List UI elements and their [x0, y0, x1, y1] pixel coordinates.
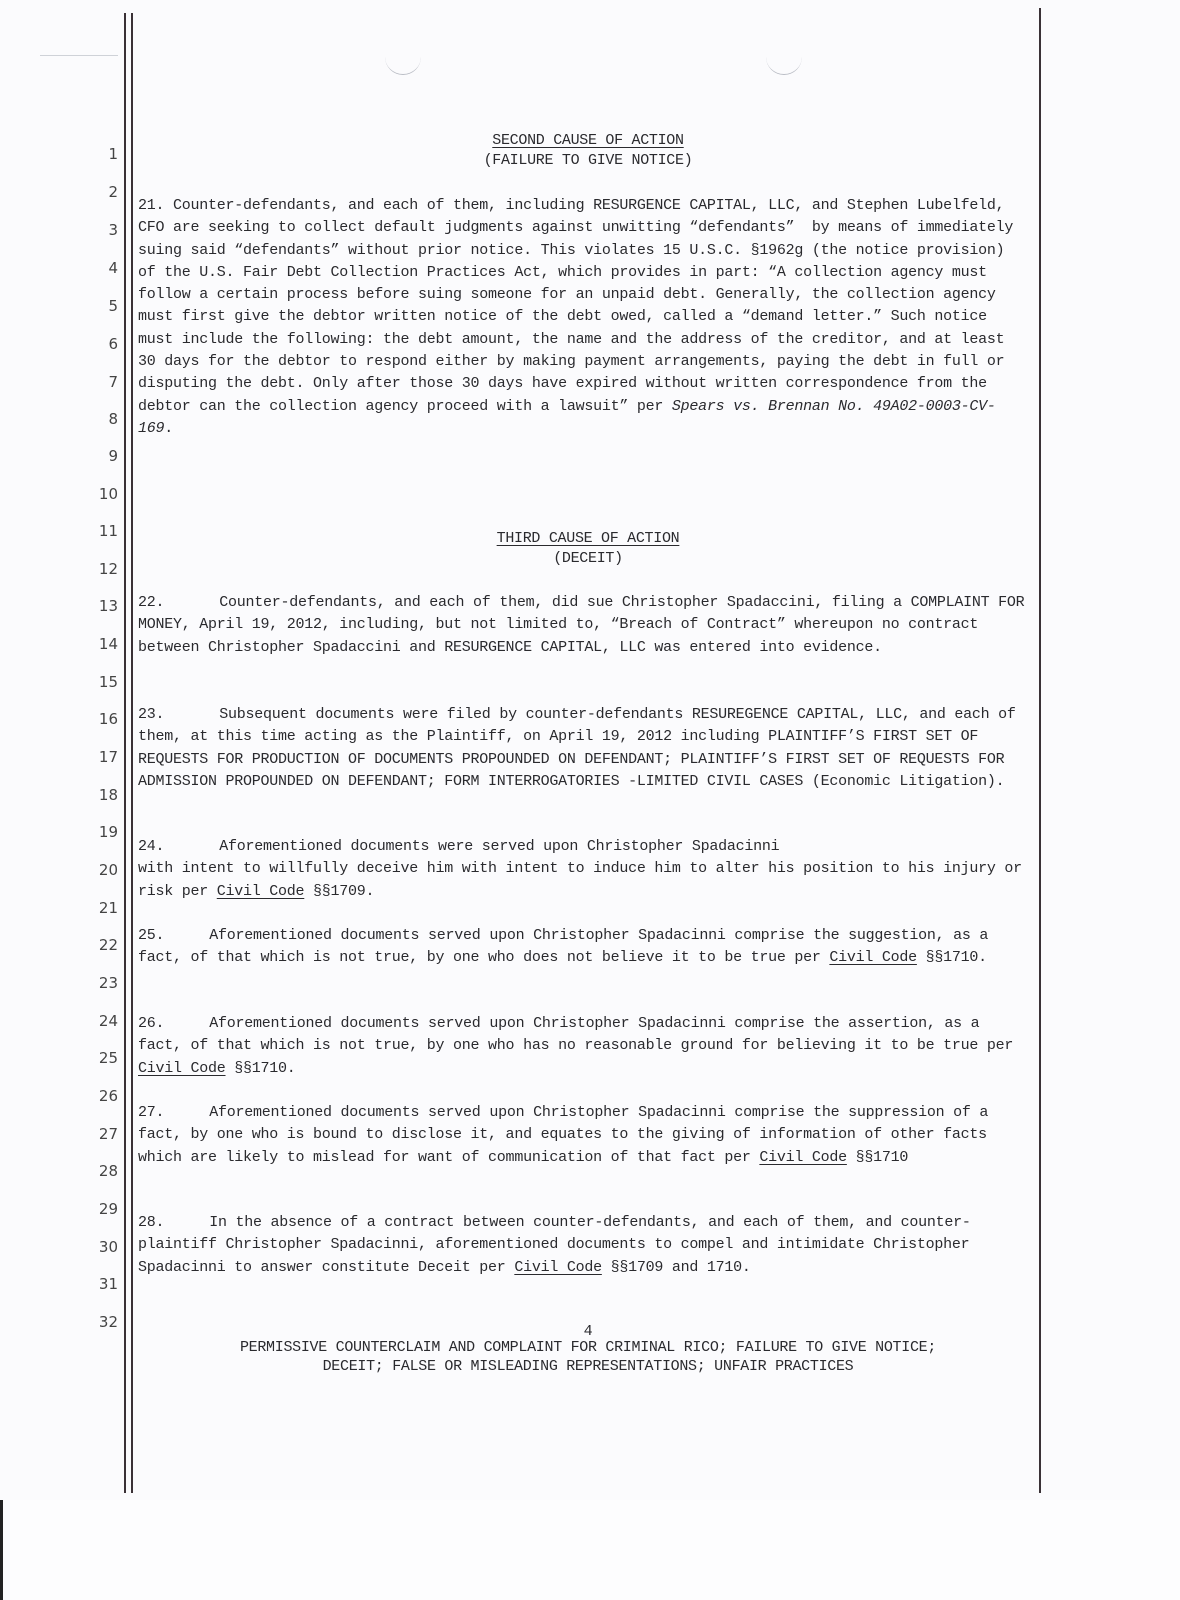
left-margin-rule [124, 13, 126, 1493]
left-margin-rule-inner [131, 13, 133, 1493]
paragraph-number: 25. [138, 927, 164, 944]
line-number: 22 [88, 936, 118, 954]
code-section: §§1709. [304, 883, 374, 900]
line-number: 7 [88, 373, 118, 391]
paragraph-number: 24. [138, 838, 164, 855]
line-number: 6 [88, 335, 118, 353]
civil-code-reference: Civil Code [759, 1149, 847, 1166]
paragraph-end: . [164, 420, 173, 437]
right-margin-rule [1039, 8, 1041, 1493]
line-number: 8 [88, 410, 118, 428]
line-number: 28 [88, 1162, 118, 1180]
section-heading-third-cause: THIRD CAUSE OF ACTION (DECEIT) [138, 529, 1038, 569]
line-number: 29 [88, 1200, 118, 1218]
line-number: 25 [88, 1049, 118, 1067]
line-number: 13 [88, 597, 118, 615]
paragraph-26: 26.Aforementioned documents served upon … [138, 1013, 1028, 1080]
page-footer: 4 PERMISSIVE COUNTERCLAIM AND COMPLAINT … [138, 1326, 1038, 1376]
line-number: 9 [88, 447, 118, 465]
line-number: 23 [88, 974, 118, 992]
civil-code-reference: Civil Code [514, 1259, 602, 1276]
civil-code-reference: Civil Code [138, 1060, 226, 1077]
heading-title: THIRD CAUSE OF ACTION [138, 529, 1038, 549]
code-section: §§1710 [847, 1149, 908, 1166]
line-number: 3 [88, 221, 118, 239]
scan-mark [40, 55, 118, 56]
line-number: 19 [88, 823, 118, 841]
heading-subtitle: (FAILURE TO GIVE NOTICE) [138, 151, 1038, 171]
paragraph-text: 21. Counter-defendants, and each of them… [138, 197, 1022, 415]
code-section: §§1710. [226, 1060, 296, 1077]
paragraph-24: 24.Aforementioned documents were served … [138, 836, 1028, 903]
punch-hole-left [385, 48, 421, 75]
line-number: 5 [88, 297, 118, 315]
paragraph-number: 22. [138, 594, 164, 611]
line-number: 18 [88, 786, 118, 804]
line-number: 2 [88, 183, 118, 201]
paragraph-21: 21. Counter-defendants, and each of them… [138, 195, 1028, 440]
section-heading-second-cause: SECOND CAUSE OF ACTION (FAILURE TO GIVE … [138, 131, 1038, 171]
civil-code-reference: Civil Code [829, 949, 917, 966]
civil-code-reference: Civil Code [217, 883, 305, 900]
line-number: 1 [88, 145, 118, 163]
line-number: 32 [88, 1313, 118, 1331]
line-number: 12 [88, 560, 118, 578]
code-section: §§1710. [917, 949, 987, 966]
line-number: 16 [88, 710, 118, 728]
paragraph-text: Subsequent documents were filed by count… [138, 706, 1024, 790]
code-section: §§1709 and 1710. [602, 1259, 751, 1276]
footer-title-line-1: PERMISSIVE COUNTERCLAIM AND COMPLAINT FO… [138, 1338, 1038, 1357]
line-number: 30 [88, 1238, 118, 1256]
paragraph-28: 28.In the absence of a contract between … [138, 1212, 1028, 1279]
paragraph-number: 28. [138, 1214, 164, 1231]
line-number: 20 [88, 861, 118, 879]
paragraph-text: Aforementioned documents served upon Chr… [138, 1015, 1022, 1054]
line-number: 14 [88, 635, 118, 653]
line-number: 26 [88, 1087, 118, 1105]
line-number: 27 [88, 1125, 118, 1143]
heading-title: SECOND CAUSE OF ACTION [138, 131, 1038, 151]
line-number: 21 [88, 899, 118, 917]
footer-title-line-2: DECEIT; FALSE OR MISLEADING REPRESENTATI… [138, 1357, 1038, 1376]
punch-hole-right [766, 48, 802, 75]
paragraph-text: Counter-defendants, and each of them, di… [138, 594, 1033, 656]
paragraph-23: 23.Subsequent documents were filed by co… [138, 704, 1028, 793]
heading-subtitle: (DECEIT) [138, 549, 1038, 569]
paragraph-number: 23. [138, 706, 164, 723]
line-number: 17 [88, 748, 118, 766]
paragraph-22: 22.Counter-defendants, and each of them,… [138, 592, 1028, 659]
paragraph-25: 25.Aforementioned documents served upon … [138, 925, 1028, 970]
paragraph-number: 27. [138, 1104, 164, 1121]
line-number: 24 [88, 1012, 118, 1030]
page-number: 4 [138, 1326, 1038, 1338]
line-number: 15 [88, 673, 118, 691]
line-number: 4 [88, 259, 118, 277]
line-number: 11 [88, 522, 118, 540]
line-number: 31 [88, 1275, 118, 1293]
scanner-background [0, 1500, 1180, 1600]
pleading-page: 1 2 3 4 5 6 7 8 9 10 11 12 13 14 15 16 1… [0, 0, 1180, 1500]
line-number: 10 [88, 485, 118, 503]
paragraph-27: 27.Aforementioned documents served upon … [138, 1102, 1028, 1169]
paragraph-number: 26. [138, 1015, 164, 1032]
paragraph-text: Aforementioned documents were served upo… [219, 838, 779, 855]
